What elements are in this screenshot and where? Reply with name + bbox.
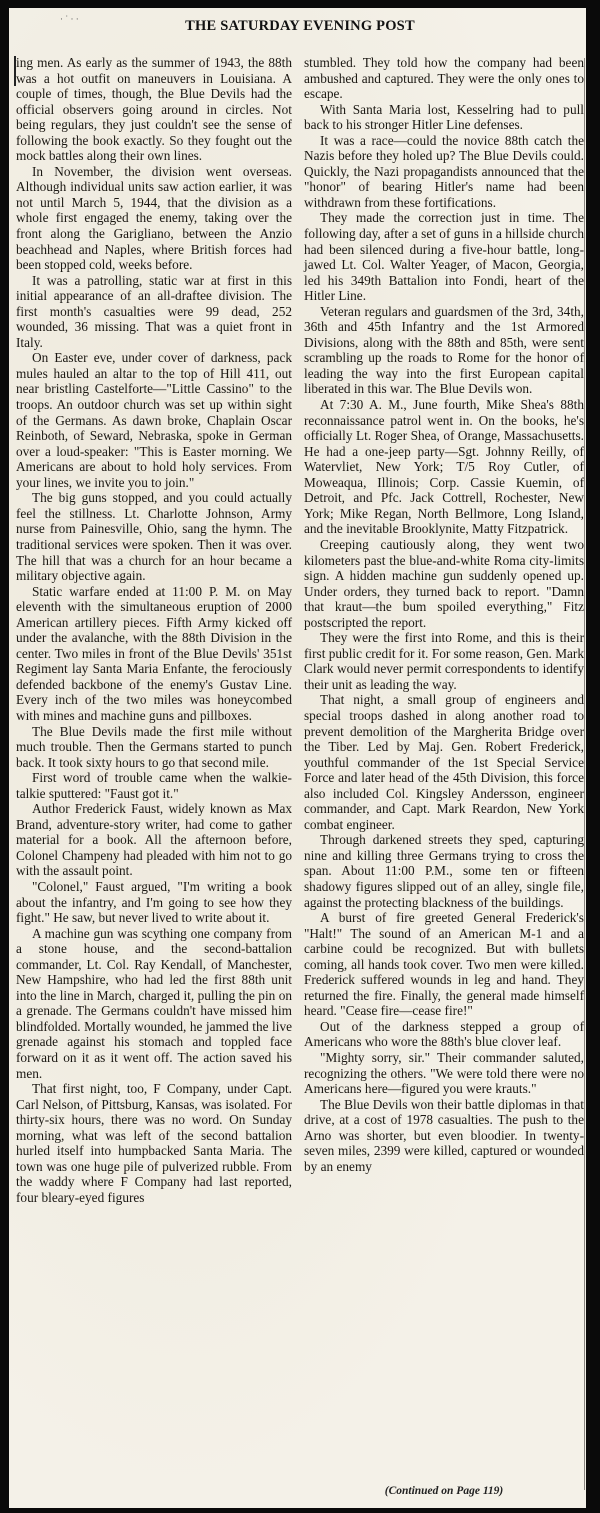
- scan-top-border: [0, 0, 600, 8]
- paragraph: In November, the division went overseas.…: [16, 164, 292, 273]
- paragraph: They made the correction just in time. T…: [304, 210, 584, 303]
- paragraph: With Santa Maria lost, Kesselring had to…: [304, 102, 584, 133]
- article-column-right: stumbled. They told how the company had …: [304, 55, 584, 1174]
- paragraph: They were the first into Rome, and this …: [304, 630, 584, 692]
- paragraph: "Mighty sorry, sir." Their commander sal…: [304, 1050, 584, 1097]
- paragraph: It was a race—could the novice 88th catc…: [304, 133, 584, 211]
- paragraph: Out of the darkness stepped a group of A…: [304, 1019, 584, 1050]
- paragraph: On Easter eve, under cover of darkness, …: [16, 350, 292, 490]
- paragraph: Static warfare ended at 11:00 P. M. on M…: [16, 584, 292, 724]
- paragraph: "Colonel," Faust argued, "I'm writing a …: [16, 879, 292, 926]
- continued-on-page-note: (Continued on Page 119): [304, 1485, 584, 1497]
- paragraph: That first night, too, F Company, under …: [16, 1081, 292, 1205]
- paragraph: A burst of fire greeted General Frederic…: [304, 910, 584, 1019]
- paragraph: The Blue Devils won their battle diploma…: [304, 1097, 584, 1175]
- paragraph: It was a patrolling, static war at first…: [16, 273, 292, 351]
- paragraph: First word of trouble came when the walk…: [16, 770, 292, 801]
- paragraph: A machine gun was scything one company f…: [16, 926, 292, 1081]
- paragraph: Author Frederick Faust, widely known as …: [16, 801, 292, 879]
- paragraph: Creeping cautiously along, they went two…: [304, 537, 584, 630]
- masthead-title: THE SATURDAY EVENING POST: [0, 18, 600, 35]
- paragraph: At 7:30 A. M., June fourth, Mike Shea's …: [304, 397, 584, 537]
- article-column-left: ing men. As early as the summer of 1943,…: [16, 55, 292, 1205]
- right-column-rule: [584, 58, 585, 1490]
- paragraph: The big guns stopped, and you could actu…: [16, 490, 292, 583]
- paragraph: The Blue Devils made the first mile with…: [16, 724, 292, 771]
- scan-right-border: [586, 0, 600, 1513]
- paragraph: Through darkened streets they sped, capt…: [304, 832, 584, 910]
- paragraph: stumbled. They told how the company had …: [304, 55, 584, 102]
- paragraph: That night, a small group of engineers a…: [304, 692, 584, 832]
- paragraph: Veteran regulars and guardsmen of the 3r…: [304, 304, 584, 397]
- paragraph: ing men. As early as the summer of 1943,…: [16, 55, 292, 164]
